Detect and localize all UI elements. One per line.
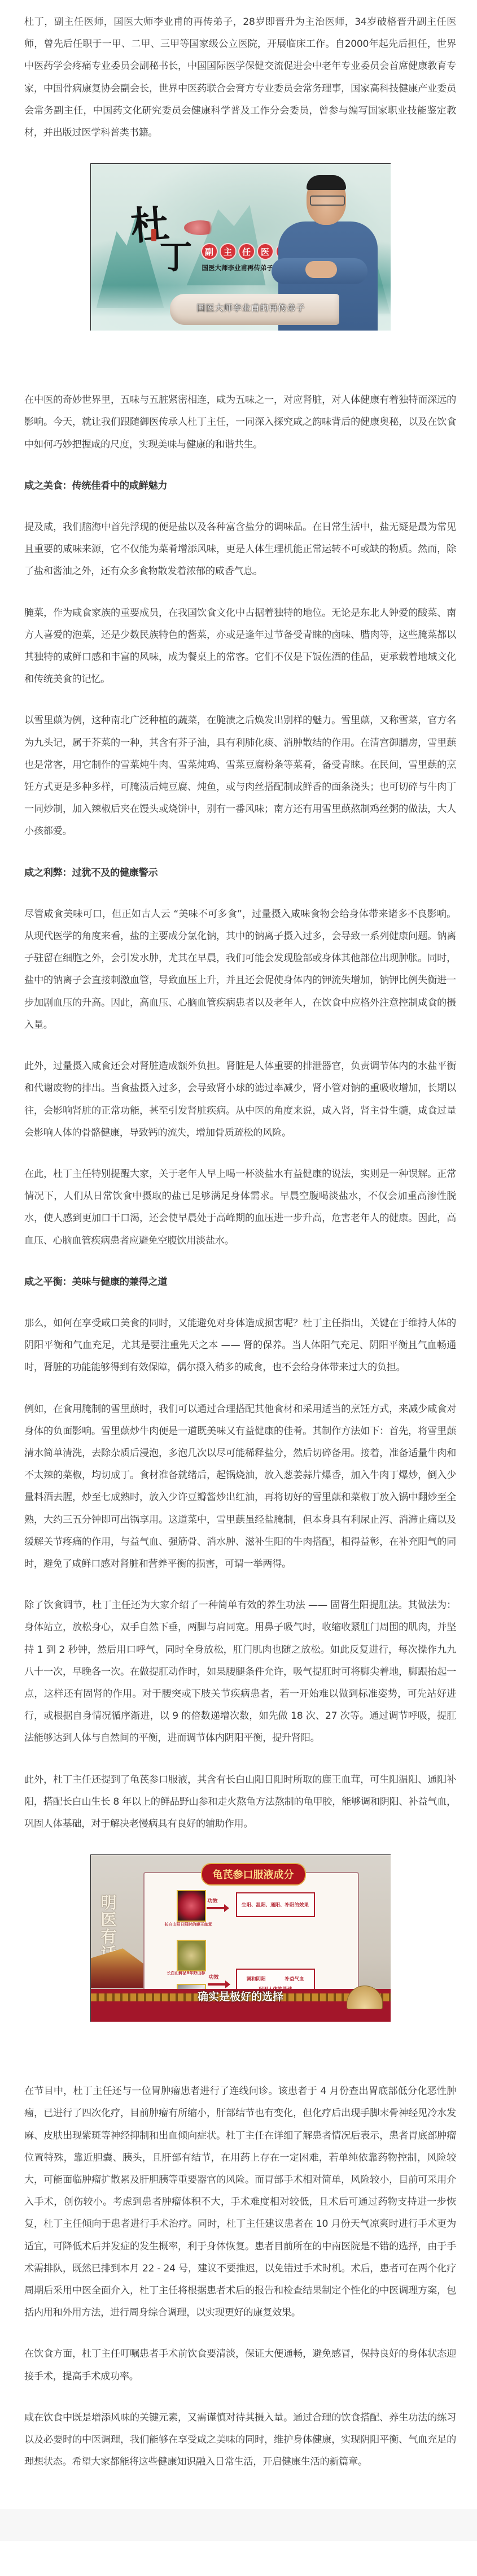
banner-caption: 国医大师李业甫的再传弟子 — [197, 302, 305, 314]
ginseng-icon — [177, 1940, 206, 1971]
author-bio-paragraph: 杜丁，副主任医师，国医大师李业甫的再传弟子，28岁即晋升为主治医师，34岁破格晋… — [24, 11, 456, 144]
name-calligraphy-2: 丁 — [160, 231, 192, 278]
section3-paragraph: 例如，在食用腌制的雪里蕻时，我们可以通过合理搭配其他食材和采用适当的烹饪方式，来… — [24, 1398, 456, 1576]
title-badge: 主 — [220, 243, 237, 260]
footer-band — [0, 2509, 477, 2541]
deer-antler-icon — [177, 1890, 206, 1922]
section-heading-pros-cons: 咸之利弊：过犹不及的健康警示 — [24, 862, 456, 884]
spacer — [24, 2041, 456, 2080]
section2-paragraph: 在此，杜丁主任特别提醒大家，关于老年人早上喝一杯淡盐水有益健康的说法，实则是一种… — [24, 1163, 456, 1252]
portrait-hand — [305, 261, 337, 278]
effect-row: 调和阴阳 补益气血 — [237, 1975, 314, 1983]
arrow-right-icon — [208, 1983, 227, 1986]
closing-paragraph: 在饮食方面，杜丁主任叮嘱患者手术前饮食要清淡，保证大便通畅，避免感冒，保持良好的… — [24, 2343, 456, 2387]
doctor-banner-figure: 杜 丁 副 主 任 医 师 国医大师李业甫再传弟子 国医大师李业甫的再传弟子 — [24, 163, 456, 331]
image-caption: 确实是极好的选择 — [91, 1988, 391, 2004]
effect-box-1: 生阳、温阳、通阳、补阳的效果 — [236, 1892, 315, 1917]
ingredients-image: 明医有话说 龟芪参口服液成分 长白山阳日阳时的鹿王血茸 长白山鲜品8年野山参 走… — [90, 1854, 391, 2022]
opening-paragraph: 在中医的奇妙世界里，五味与五脏紧密相连，咸为五味之一，对应肾脏，对人体健康有着独… — [24, 389, 456, 456]
section1-paragraph: 提及咸，我们脑海中首先浮现的便是盐以及各种富含盐分的调味品。在日常生活中，盐无疑… — [24, 516, 456, 583]
effect-text: 调和阴阳 — [246, 1975, 265, 1983]
section2-paragraph: 此外，过量摄入咸食还会对肾脏造成额外负担。肾脏是人体重要的排泄器官，负责调节体内… — [24, 1055, 456, 1144]
banner-subtitle: 国医大师李业甫再传弟子 — [202, 263, 274, 272]
ingredients-figure: 明医有话说 龟芪参口服液成分 长白山阳日阳时的鹿王血茸 长白山鲜品8年野山参 走… — [24, 1854, 456, 2022]
effect-text: 补益气血 — [285, 1975, 304, 1983]
section-heading-balance: 咸之平衡：美味与健康的兼得之道 — [24, 1271, 456, 1293]
arrow-right-icon — [207, 1907, 226, 1909]
doctor-banner-image: 杜 丁 副 主 任 医 师 国医大师李业甫再传弟子 国医大师李业甫的再传弟子 — [90, 163, 391, 331]
closing-paragraph: 在节目中，杜丁主任还与一位胃肿瘤患者进行了连线问诊。该患者于 4 月份查出胃底部… — [24, 2080, 456, 2324]
ingredients-card: 龟芪参口服液成分 长白山阳日阳时的鹿王血茸 长白山鲜品8年野山参 走火熬龟熬制成… — [143, 1872, 359, 1997]
spacer — [24, 350, 456, 389]
portrait-hair — [307, 175, 346, 190]
title-badge: 副 — [201, 243, 218, 260]
seal-stamp-icon — [151, 229, 156, 241]
effect-label: 功效 — [208, 1897, 218, 1904]
section3-paragraph: 此外，杜丁主任还提到了龟芪参口服液，其含有长白山阳日阳时所取的鹿王血茸，可生阳温… — [24, 1769, 456, 1836]
card-title: 龟芪参口服液成分 — [201, 1863, 306, 1886]
section1-paragraph: 以雪里蕻为例，这种南北广泛种植的蔬菜，在腌渍之后焕发出别样的魅力。雪里蕻，又称雪… — [24, 710, 456, 842]
section1-paragraph: 腌菜，作为咸食家族的重要成员，在我国饮食文化中占据着独特的地位。无论是东北人钟爱… — [24, 602, 456, 691]
closing-paragraph: 咸在饮食中既是增添风味的关键元素，又需谨慎对待其摄入量。通过合理的饮食搭配、养生… — [24, 2407, 456, 2474]
section3-paragraph: 除了饮食调节，杜丁主任还为大家介绍了一种简单有效的养生功法 —— 固肾生阳提肛法… — [24, 1595, 456, 1749]
section3-paragraph: 那么，如何在享受咸口美食的同时，又能避免对身体造成损害呢？杜丁主任指出，关键在于… — [24, 1313, 456, 1379]
ingredient-label: 长白山鲜品8年野山参 — [167, 1970, 205, 1976]
section2-paragraph: 尽管咸食美味可口，但正如古人云 “美味不可多食”，过量摄入咸味食物会给身体带来诸… — [24, 903, 456, 1036]
title-badge: 任 — [238, 243, 255, 260]
ingredient-label: 长白山阳日阳时的鹿王血茸 — [165, 1922, 212, 1927]
section-heading-salty-food: 咸之美食：传统佳肴中的咸鲜魅力 — [24, 475, 456, 497]
glasses-icon — [310, 196, 345, 206]
article-body: 杜丁，副主任医师，国医大师李业甫的再传弟子，28岁即晋升为主治医师，34岁破格晋… — [0, 0, 477, 2473]
effect-label: 功效 — [209, 1973, 219, 1980]
